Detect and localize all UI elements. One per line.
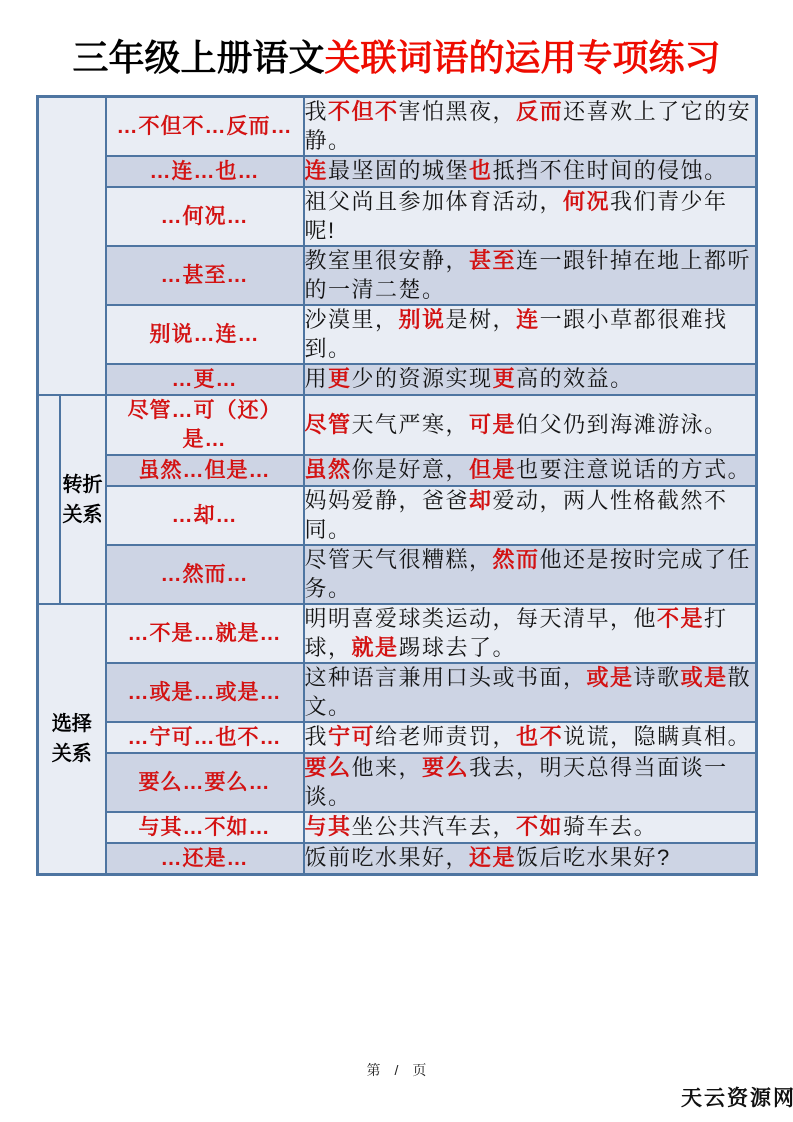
table-row: 与其…不如…与其坐公共汽车去，不如骑车去。 xyxy=(38,812,757,843)
example-cell: 明明喜爱球类运动，每天清早，他不是打球，就是踢球去了。 xyxy=(304,604,757,663)
example-text: 少的资源实现 xyxy=(352,366,493,391)
example-text: 坐公共汽车去， xyxy=(352,814,517,839)
conjunction-highlight: 宁可 xyxy=(328,724,375,749)
conjunction-highlight: 要么 xyxy=(422,755,469,780)
conjunction-highlight: 或是 xyxy=(681,665,728,690)
example-text: 这种语言兼用口头或书面， xyxy=(305,665,587,690)
pattern-cell: 要么…要么… xyxy=(106,753,304,812)
example-cell: 这种语言兼用口头或书面，或是诗歌或是散文。 xyxy=(304,663,757,722)
pattern-cell: 与其…不如… xyxy=(106,812,304,843)
pattern-cell: 别说…连… xyxy=(106,305,304,364)
table-row: 虽然…但是…虽然你是好意，但是也要注意说话的方式。 xyxy=(38,455,757,486)
table-row: …然而…尽管天气很糟糕，然而他还是按时完成了任务。 xyxy=(38,545,757,604)
example-cell: 教室里很安静，甚至连一跟针掉在地上都听的一清二楚。 xyxy=(304,246,757,305)
conjunction-highlight: 更 xyxy=(328,366,352,391)
pattern-cell: …却… xyxy=(106,486,304,545)
conjunction-highlight: 甚至 xyxy=(469,248,516,273)
table-row: …或是…或是…这种语言兼用口头或书面，或是诗歌或是散文。 xyxy=(38,663,757,722)
conjunction-highlight: 尽管 xyxy=(305,412,352,437)
table-row: …甚至…教室里很安静，甚至连一跟针掉在地上都听的一清二楚。 xyxy=(38,246,757,305)
table-row: 别说…连…沙漠里，别说是树，连一跟小草都很难找到。 xyxy=(38,305,757,364)
example-cell: 连最坚固的城堡也抵挡不住时间的侵蚀。 xyxy=(304,156,757,187)
table-row: 要么…要么…要么他来，要么我去，明天总得当面谈一谈。 xyxy=(38,753,757,812)
category-label: 选择关系 xyxy=(51,709,93,769)
conjunction-table: …不但不…反而…我不但不害怕黑夜，反而还喜欢上了它的安静。…连…也…连最坚固的城… xyxy=(36,95,758,876)
spacer-cell xyxy=(38,395,60,604)
title-red-text: 关联词语的运用专项练习 xyxy=(325,37,721,78)
example-cell: 用更少的资源实现更高的效益。 xyxy=(304,364,757,395)
example-text: 是树， xyxy=(446,307,517,332)
conjunction-highlight: 可是 xyxy=(469,412,516,437)
pattern-cell: …不是…就是… xyxy=(106,604,304,663)
example-text: 明明喜爱球类运动，每天清早，他 xyxy=(305,606,658,631)
conjunction-highlight: 但是 xyxy=(469,457,516,482)
example-text: 踢球去了。 xyxy=(399,635,517,660)
example-text: 我 xyxy=(305,724,329,749)
pattern-cell: …更… xyxy=(106,364,304,395)
example-text: 害怕黑夜， xyxy=(399,99,517,124)
pattern-cell: 虽然…但是… xyxy=(106,455,304,486)
example-text: 祖父尚且参加体育活动， xyxy=(305,189,564,214)
example-text: 妈妈爱静，爸爸 xyxy=(305,488,470,513)
table-row: …连…也…连最坚固的城堡也抵挡不住时间的侵蚀。 xyxy=(38,156,757,187)
example-text: 你是好意， xyxy=(352,457,470,482)
table-row: …却…妈妈爱静，爸爸却爱动，两人性格截然不同。 xyxy=(38,486,757,545)
conjunction-highlight: 然而 xyxy=(493,547,540,572)
conjunction-highlight: 不但不 xyxy=(328,99,399,124)
example-text: 抵挡不住时间的侵蚀。 xyxy=(493,158,728,183)
conjunction-highlight: 虽然 xyxy=(305,457,352,482)
example-text: 教室里很安静， xyxy=(305,248,470,273)
example-text: 给老师责罚， xyxy=(375,724,516,749)
conjunction-highlight: 却 xyxy=(469,488,493,513)
conjunction-highlight: 更 xyxy=(493,366,517,391)
example-text: 饭后吃水果好? xyxy=(516,845,671,870)
title-black-text: 三年级上册语文 xyxy=(72,37,324,78)
example-cell: 饭前吃水果好，还是饭后吃水果好? xyxy=(304,843,757,875)
example-cell: 与其坐公共汽车去，不如骑车去。 xyxy=(304,812,757,843)
conjunction-highlight: 连 xyxy=(305,158,329,183)
conjunction-highlight: 也 xyxy=(469,158,493,183)
conjunction-highlight: 不是 xyxy=(657,606,704,631)
pattern-cell: …甚至… xyxy=(106,246,304,305)
conjunction-highlight: 反而 xyxy=(516,99,563,124)
watermark: 天云资源网 xyxy=(681,1082,793,1112)
conjunction-highlight: 与其 xyxy=(305,814,352,839)
example-cell: 尽管天气很糟糕，然而他还是按时完成了任务。 xyxy=(304,545,757,604)
category-cell: 转折关系 xyxy=(60,395,106,604)
table-row: 转折关系尽管…可（还）是…尽管天气严寒，可是伯父仍到海滩游泳。 xyxy=(38,395,757,455)
category-cell xyxy=(38,97,106,396)
example-text: 尽管天气很糟糕， xyxy=(305,547,493,572)
example-text: 高的效益。 xyxy=(516,366,634,391)
category-label: 转折关系 xyxy=(61,470,103,530)
example-cell: 我不但不害怕黑夜，反而还喜欢上了它的安静。 xyxy=(304,97,757,157)
page-title: 三年级上册语文关联词语的运用专项练习 xyxy=(0,30,793,81)
example-text: 骑车去。 xyxy=(563,814,657,839)
example-text: 伯父仍到海滩游泳。 xyxy=(516,412,728,437)
table-row: …不但不…反而…我不但不害怕黑夜，反而还喜欢上了它的安静。 xyxy=(38,97,757,157)
example-cell: 祖父尚且参加体育活动，何况我们青少年呢! xyxy=(304,187,757,246)
table-row: …宁可…也不…我宁可给老师责罚，也不说谎，隐瞒真相。 xyxy=(38,722,757,753)
example-text: 诗歌 xyxy=(634,665,681,690)
table-row: …更…用更少的资源实现更高的效益。 xyxy=(38,364,757,395)
table-container: …不但不…反而…我不但不害怕黑夜，反而还喜欢上了它的安静。…连…也…连最坚固的城… xyxy=(36,95,758,876)
example-text: 也要注意说话的方式。 xyxy=(516,457,751,482)
example-text: 说谎，隐瞒真相。 xyxy=(563,724,751,749)
example-text: 他来， xyxy=(352,755,423,780)
example-text: 饭前吃水果好， xyxy=(305,845,470,870)
example-cell: 要么他来，要么我去，明天总得当面谈一谈。 xyxy=(304,753,757,812)
conjunction-highlight: 或是 xyxy=(587,665,634,690)
conjunction-highlight: 就是 xyxy=(352,635,399,660)
conjunction-highlight: 别说 xyxy=(399,307,446,332)
category-cell: 选择关系 xyxy=(38,604,106,875)
example-text: 我 xyxy=(305,99,329,124)
example-cell: 虽然你是好意，但是也要注意说话的方式。 xyxy=(304,455,757,486)
pattern-cell: …连…也… xyxy=(106,156,304,187)
table-row: 选择关系…不是…就是…明明喜爱球类运动，每天清早，他不是打球，就是踢球去了。 xyxy=(38,604,757,663)
page-footer: 第 / 页 xyxy=(0,1060,793,1080)
example-text: 最坚固的城堡 xyxy=(328,158,469,183)
conjunction-highlight: 连 xyxy=(516,307,540,332)
worksheet-page: { "title": { "black": "三年级上册语文", "red": … xyxy=(0,0,793,1122)
pattern-cell: …或是…或是… xyxy=(106,663,304,722)
pattern-cell: …还是… xyxy=(106,843,304,875)
example-cell: 妈妈爱静，爸爸却爱动，两人性格截然不同。 xyxy=(304,486,757,545)
example-cell: 我宁可给老师责罚，也不说谎，隐瞒真相。 xyxy=(304,722,757,753)
pattern-cell: …宁可…也不… xyxy=(106,722,304,753)
conjunction-highlight: 也不 xyxy=(516,724,563,749)
example-text: 沙漠里， xyxy=(305,307,399,332)
example-text: 天气严寒， xyxy=(352,412,470,437)
conjunction-highlight: 何况 xyxy=(563,189,610,214)
conjunction-highlight: 要么 xyxy=(305,755,352,780)
pattern-cell: …不但不…反而… xyxy=(106,97,304,157)
conjunction-highlight: 不如 xyxy=(516,814,563,839)
pattern-cell: 尽管…可（还）是… xyxy=(106,395,304,455)
table-row: …还是…饭前吃水果好，还是饭后吃水果好? xyxy=(38,843,757,875)
example-cell: 沙漠里，别说是树，连一跟小草都很难找到。 xyxy=(304,305,757,364)
example-text: 用 xyxy=(305,366,329,391)
table-row: …何况…祖父尚且参加体育活动，何况我们青少年呢! xyxy=(38,187,757,246)
pattern-cell: …然而… xyxy=(106,545,304,604)
example-cell: 尽管天气严寒，可是伯父仍到海滩游泳。 xyxy=(304,395,757,455)
conjunction-highlight: 还是 xyxy=(469,845,516,870)
pattern-cell: …何况… xyxy=(106,187,304,246)
